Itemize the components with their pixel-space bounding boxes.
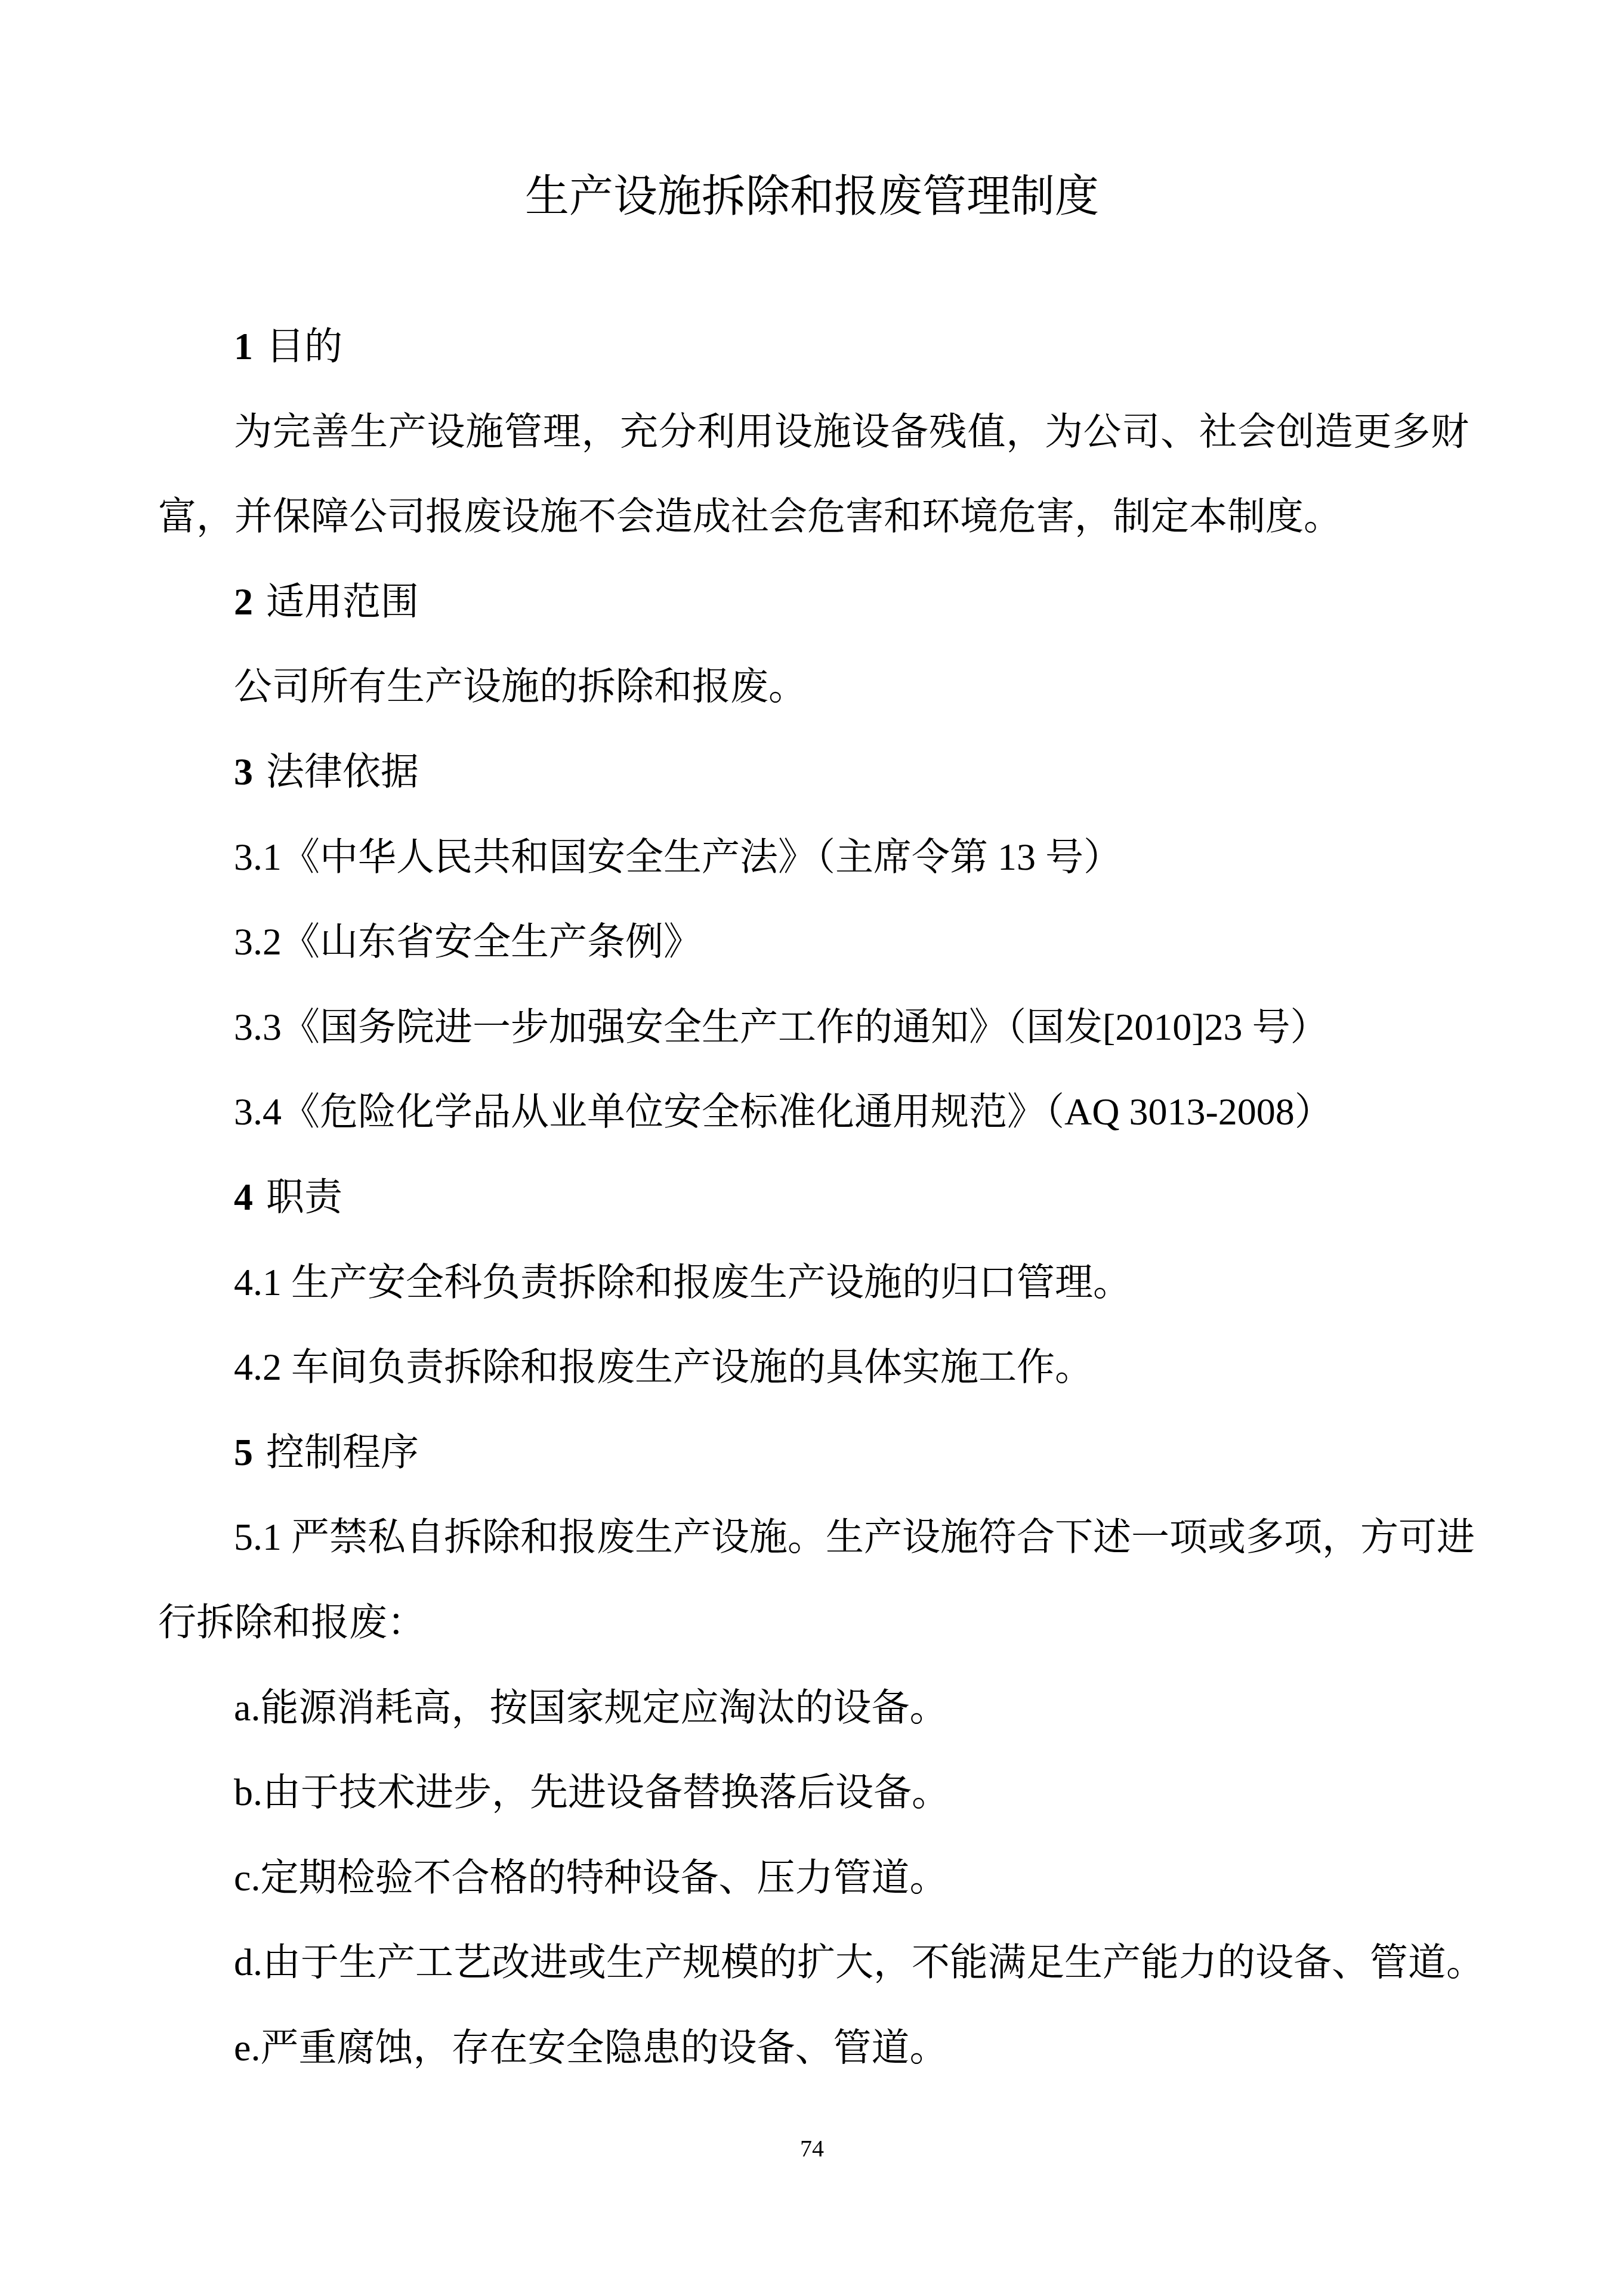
paragraph-line: 富，并保障公司报废设施不会造成社会危害和环境危害，制定本制度。 (158, 474, 1477, 560)
paragraph-line: 为完善生产设施管理，充分利用设施设备残值，为公司、社会创造更多财 (234, 390, 1469, 475)
section-number: 5 (234, 1431, 253, 1473)
section-title: 目的 (266, 325, 342, 367)
section-heading-3: 3法律依据 (234, 730, 1552, 815)
document-title: 生产设施拆除和报废管理制度 (0, 167, 1624, 227)
section-title: 适用范围 (266, 580, 419, 623)
legal-basis-item: 3.3《国务院进一步加强安全生产工作的通知》（国发[2010]23 号） (234, 985, 1552, 1070)
section-heading-4: 4职责 (234, 1155, 1552, 1240)
procedure-line: 5.1 严禁私自拆除和报废生产设施。生产设施符合下述一项或多项，方可进 (234, 1495, 1469, 1580)
section-title: 法律依据 (266, 750, 419, 793)
procedure-list-item: b.由于技术进步，先进设备替换落后设备。 (234, 1750, 1552, 1835)
section-number: 3 (234, 750, 253, 793)
responsibility-item: 4.2 车间负责拆除和报废生产设施的具体实施工作。 (234, 1325, 1552, 1410)
section-heading-5: 5控制程序 (234, 1410, 1552, 1495)
section-title: 控制程序 (266, 1431, 419, 1473)
section-heading-1: 1目的 (234, 304, 1552, 390)
procedure-list-item: a.能源消耗高，按国家规定应淘汰的设备。 (234, 1665, 1552, 1751)
responsibility-item: 4.1 生产安全科负责拆除和报废生产设施的归口管理。 (234, 1240, 1552, 1325)
procedure-line: 行拆除和报废： (158, 1580, 1477, 1665)
section-number: 2 (234, 580, 253, 623)
page-number: 74 (0, 2131, 1624, 2167)
procedure-list-item: e.严重腐蚀，存在安全隐患的设备、管道。 (234, 2005, 1552, 2091)
section-heading-2: 2适用范围 (234, 560, 1552, 645)
paragraph-line: 公司所有生产设施的拆除和报废。 (234, 644, 1552, 730)
section-number: 1 (234, 325, 253, 367)
document-page: 生产设施拆除和报废管理制度 1目的 为完善生产设施管理，充分利用设施设备残值，为… (0, 0, 1624, 2296)
procedure-list-item: d.由于生产工艺改进或生产规模的扩大，不能满足生产能力的设备、管道。 (234, 1920, 1552, 2005)
section-number: 4 (234, 1176, 253, 1218)
legal-basis-item: 3.1《中华人民共和国安全生产法》（主席令第 13 号） (234, 815, 1552, 900)
procedure-list-item: c.定期检验不合格的特种设备、压力管道。 (234, 1835, 1552, 1921)
legal-basis-item: 3.2《山东省安全生产条例》 (234, 900, 1552, 985)
section-title: 职责 (266, 1176, 342, 1218)
legal-basis-item: 3.4《危险化学品从业单位安全标准化通用规范》（AQ 3013-2008） (234, 1070, 1552, 1155)
